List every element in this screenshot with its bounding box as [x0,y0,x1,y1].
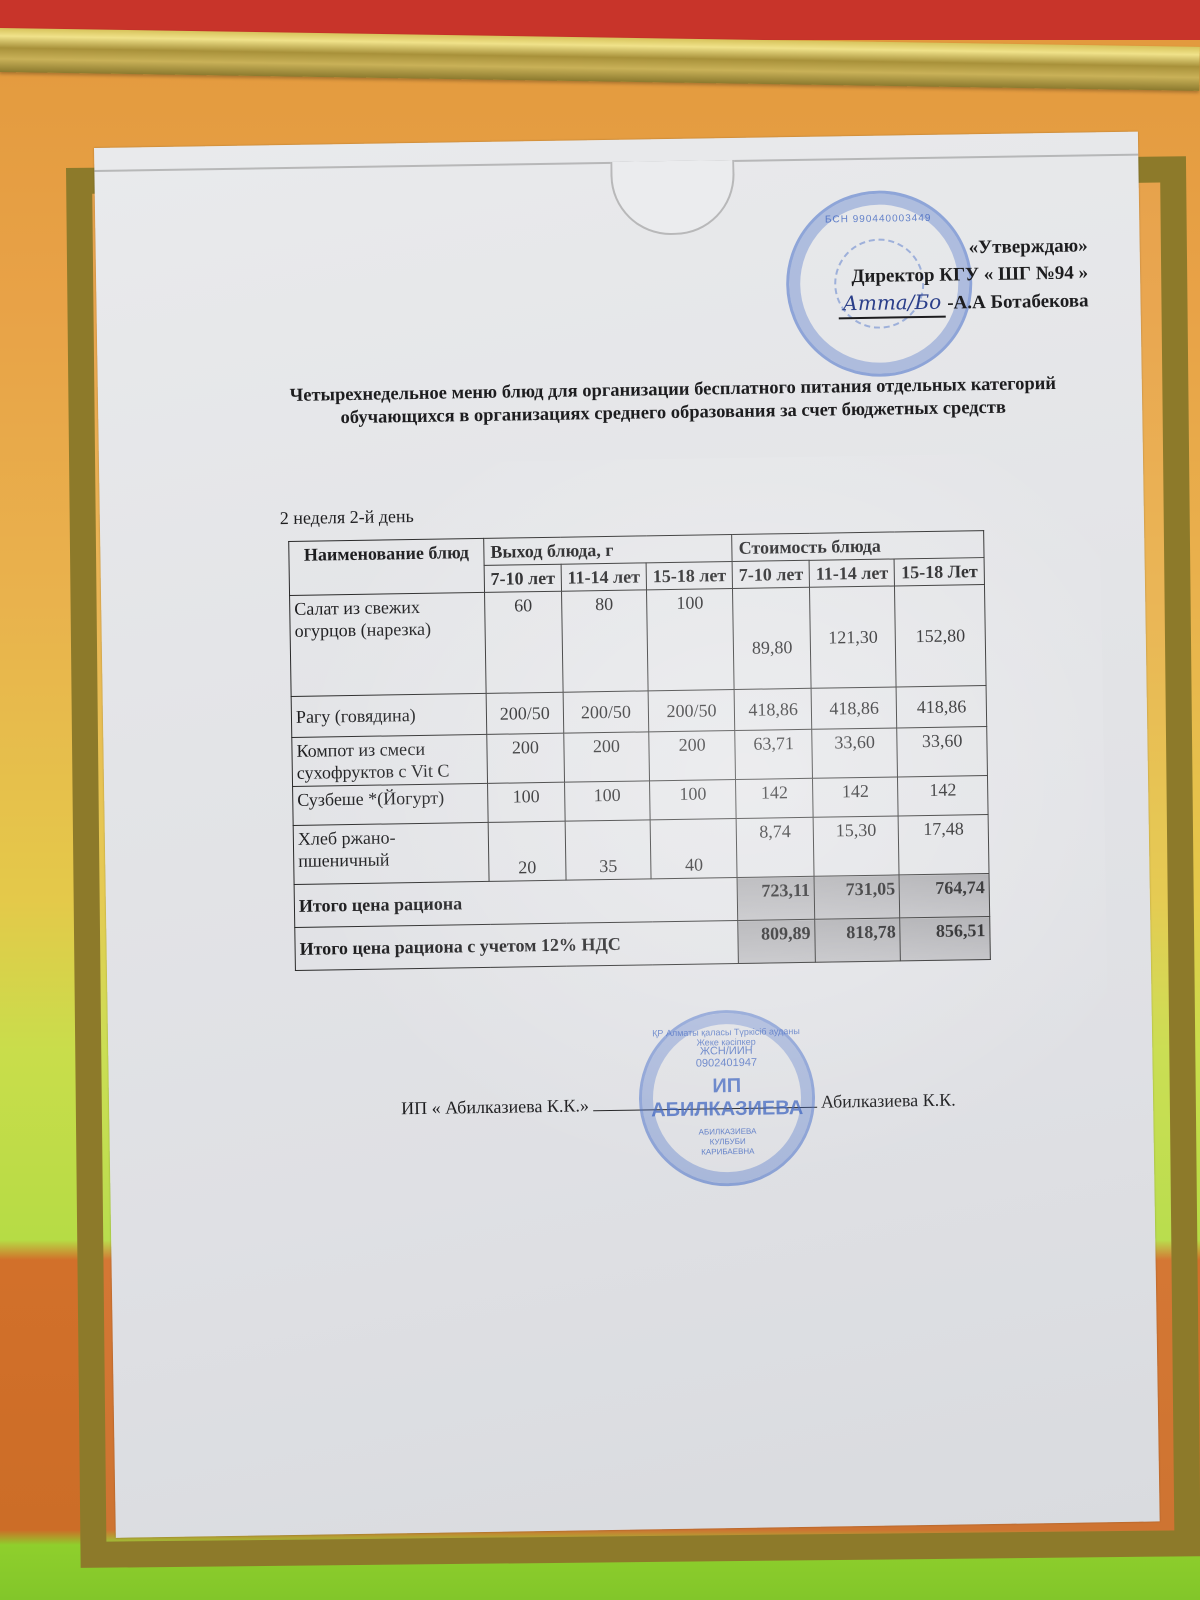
cost-value: 121,30 [810,586,897,688]
yield-value: 60 [485,591,563,693]
yield-value: 200/50 [486,692,563,734]
dish-name: Компот из смеси сухофруктов с Vit C [292,734,488,786]
header-yield-age: 15-18 лет [646,562,733,590]
yield-value: 200 [564,732,650,782]
document-body: БСН 990440003449 «Утверждаю» Директор КГ… [94,132,1160,1538]
total-vat-value: 856,51 [900,917,990,961]
document-subtitle: 2 неделя 2-й день [280,506,414,529]
total-vat-value: 818,78 [815,918,901,962]
cost-value: 418,86 [896,686,986,728]
header-yield-age: 11-14 лет [561,563,647,591]
yield-value: 200/50 [563,691,649,733]
stamp-ring-text: ҚР Алматы қаласы Түркісіб ауданы Жеке кә… [641,1026,811,1049]
dish-name: Рагу (говядина) [291,693,487,737]
cost-value: 418,86 [811,687,897,729]
approval-heading: «Утверждаю» [838,232,1088,263]
supplier-label: ИП « Абилказиева К.К.» [401,1095,589,1118]
supplier-stamp-icon: ҚР Алматы қаласы Түркісіб ауданы Жеке кә… [638,1009,817,1188]
cost-value: 142 [736,778,813,818]
header-yield-age: 7-10 лет [484,564,561,592]
cost-value: 152,80 [895,585,986,687]
yield-value: 40 [650,818,737,878]
cost-value: 33,60 [897,727,987,777]
approval-signature-line: Атта/Бо-А.А Ботабекова [839,286,1089,319]
frame-rail-top [0,28,1200,91]
total-vat-value: 809,89 [738,919,816,963]
yield-value: 100 [647,589,735,691]
yield-value: 200 [487,733,565,783]
cost-value: 142 [813,777,899,817]
cost-value: 8,74 [736,817,814,877]
stamp-name-line: КУЛБУБИ [710,1137,746,1148]
table-row: Хлеб ржано-пшеничный 20 35 40 8,74 15,30… [293,815,989,885]
header-cost-age: 15-18 Лет [894,558,984,586]
total-value: 764,74 [899,874,989,918]
cost-value: 17,48 [898,815,989,875]
header-yield-group: Выход блюда, г [484,535,733,566]
total-label: Итого цена рациона [294,877,738,927]
cost-value: 33,60 [812,728,898,778]
yield-value: 100 [488,782,565,822]
header-cost-group: Стоимость блюда [732,531,984,562]
cost-value: 89,80 [733,587,811,689]
dish-name: Сузбеше *(Йогурт) [293,783,489,825]
stamp-name-line: КАРИБАЕВНА [701,1147,754,1158]
dish-name: Хлеб ржано-пшеничный [293,822,489,884]
menu-table: Наименование блюд Выход блюда, г Стоимос… [288,530,991,971]
approval-block: «Утверждаю» Директор КГУ « ШГ №94 » Атта… [838,232,1089,319]
menu-document: БСН 990440003449 «Утверждаю» Директор КГ… [94,132,1160,1538]
document-title: Четырехнедельное меню блюд для организац… [258,372,1089,431]
header-cost-age: 11-14 лет [809,559,895,587]
cost-value: 142 [898,776,988,816]
yield-value: 100 [564,781,650,821]
yield-value: 35 [565,820,651,880]
stamp-main-text: ИП АБИЛКАЗИЕВА [642,1074,813,1123]
yield-value: 20 [488,821,566,881]
supplier-name: Абилказиева К.К. [821,1090,956,1112]
table-row: Салат из свежих огурцов (нарезка) 60 80 … [290,585,987,697]
stamp-id-value: 0902401947 [696,1057,757,1070]
total-value: 723,11 [737,876,815,920]
header-dish-name: Наименование блюд [289,538,485,595]
header-cost-age: 7-10 лет [732,560,809,588]
stamp-ring-text: БСН 990440003449 [788,212,968,226]
dish-name: Салат из свежих огурцов (нарезка) [290,592,487,696]
stamp-name-line: АБИЛКАЗИЕВА [699,1127,757,1138]
total-vat-label: Итого цена рациона с учетом 12% НДС [295,920,739,970]
yield-value: 80 [561,590,648,692]
approval-position: Директор КГУ « ШГ №94 » [838,259,1088,290]
yield-value: 200/50 [648,690,735,732]
yield-value: 200 [649,731,736,781]
total-value: 731,05 [814,875,900,919]
yield-value: 100 [650,779,737,819]
approval-name: -А.А Ботабекова [947,290,1089,313]
cost-value: 418,86 [734,688,811,730]
signature-icon: Атта/Бо [839,289,946,320]
cost-value: 63,71 [735,729,813,779]
cost-value: 15,30 [813,816,899,876]
